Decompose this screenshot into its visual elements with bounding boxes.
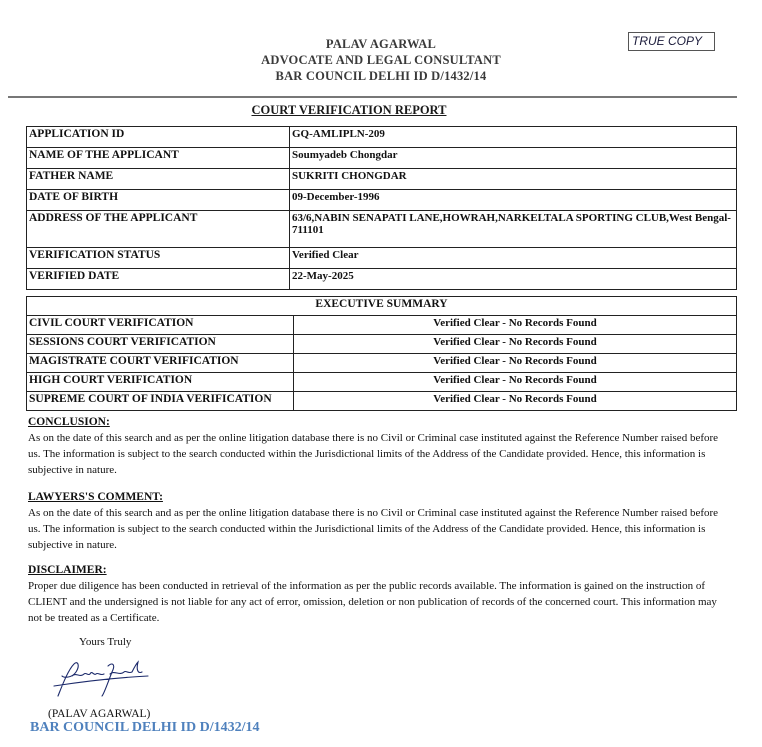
table-row: VERIFICATION STATUS Verified Clear [27, 248, 737, 269]
lawyers-comment-heading: LAWYERS'S COMMENT: [28, 489, 728, 505]
detail-value: 22-May-2025 [290, 269, 737, 290]
table-row: CIVIL COURT VERIFICATION Verified Clear … [27, 316, 737, 335]
table-row: NAME OF THE APPLICANT Soumyadeb Chongdar [27, 148, 737, 169]
table-row: APPLICATION ID GQ-AMLIPLN-209 [27, 127, 737, 148]
advocate-bar-id: BAR COUNCIL DELHI ID D/1432/14 [0, 68, 762, 84]
applicant-details-table: APPLICATION ID GQ-AMLIPLN-209 NAME OF TH… [26, 126, 737, 290]
court-label: SUPREME COURT OF INDIA VERIFICATION [27, 392, 294, 411]
detail-value: SUKRITI CHONGDAR [290, 169, 737, 190]
detail-label: VERIFICATION STATUS [27, 248, 290, 269]
table-row: SUPREME COURT OF INDIA VERIFICATION Veri… [27, 392, 737, 411]
court-status: Verified Clear - No Records Found [294, 316, 737, 335]
detail-label: FATHER NAME [27, 169, 290, 190]
conclusion-text: As on the date of this search and as per… [28, 430, 728, 478]
disclaimer-text: Proper due diligence has been conducted … [28, 578, 728, 626]
detail-value: Verified Clear [290, 248, 737, 269]
table-header-row: EXECUTIVE SUMMARY [27, 297, 737, 316]
header-divider [8, 96, 737, 98]
table-row: FATHER NAME SUKRITI CHONGDAR [27, 169, 737, 190]
conclusion-heading: CONCLUSION: [28, 414, 728, 430]
court-label: SESSIONS COURT VERIFICATION [27, 335, 294, 354]
detail-value: GQ-AMLIPLN-209 [290, 127, 737, 148]
court-status: Verified Clear - No Records Found [294, 373, 737, 392]
report-title: COURT VERIFICATION REPORT [0, 103, 698, 118]
court-status: Verified Clear - No Records Found [294, 354, 737, 373]
detail-value: 09-December-1996 [290, 190, 737, 211]
court-label: MAGISTRATE COURT VERIFICATION [27, 354, 294, 373]
advocate-designation: ADVOCATE AND LEGAL CONSULTANT [0, 52, 762, 68]
lawyers-comment-section: LAWYERS'S COMMENT: As on the date of thi… [28, 489, 728, 553]
true-copy-stamp: TRUE COPY [628, 32, 715, 51]
summary-title: EXECUTIVE SUMMARY [27, 297, 737, 316]
detail-value: Soumyadeb Chongdar [290, 148, 737, 169]
table-row: VERIFIED DATE 22-May-2025 [27, 269, 737, 290]
closing-salutation: Yours Truly [79, 636, 131, 648]
executive-summary-table: EXECUTIVE SUMMARY CIVIL COURT VERIFICATI… [26, 296, 737, 411]
detail-label: NAME OF THE APPLICANT [27, 148, 290, 169]
table-row: SESSIONS COURT VERIFICATION Verified Cle… [27, 335, 737, 354]
signature-icon [50, 656, 150, 701]
table-row: DATE OF BIRTH 09-December-1996 [27, 190, 737, 211]
disclaimer-section: DISCLAIMER: Proper due diligence has bee… [28, 562, 728, 626]
table-row: MAGISTRATE COURT VERIFICATION Verified C… [27, 354, 737, 373]
court-status: Verified Clear - No Records Found [294, 335, 737, 354]
signatory-bar-id: BAR COUNCIL DELHI ID D/1432/14 [30, 720, 259, 736]
table-row: HIGH COURT VERIFICATION Verified Clear -… [27, 373, 737, 392]
signatory-name: (PALAV AGARWAL) [48, 708, 150, 720]
detail-label: ADDRESS OF THE APPLICANT [27, 211, 290, 248]
detail-label: DATE OF BIRTH [27, 190, 290, 211]
disclaimer-heading: DISCLAIMER: [28, 562, 728, 578]
detail-value: 63/6,NABIN SENAPATI LANE,HOWRAH,NARKELTA… [290, 211, 737, 248]
detail-label: APPLICATION ID [27, 127, 290, 148]
table-row: ADDRESS OF THE APPLICANT 63/6,NABIN SENA… [27, 211, 737, 248]
detail-label: VERIFIED DATE [27, 269, 290, 290]
court-label: HIGH COURT VERIFICATION [27, 373, 294, 392]
lawyers-comment-text: As on the date of this search and as per… [28, 505, 728, 553]
court-label: CIVIL COURT VERIFICATION [27, 316, 294, 335]
court-status: Verified Clear - No Records Found [294, 392, 737, 411]
conclusion-section: CONCLUSION: As on the date of this searc… [28, 414, 728, 478]
